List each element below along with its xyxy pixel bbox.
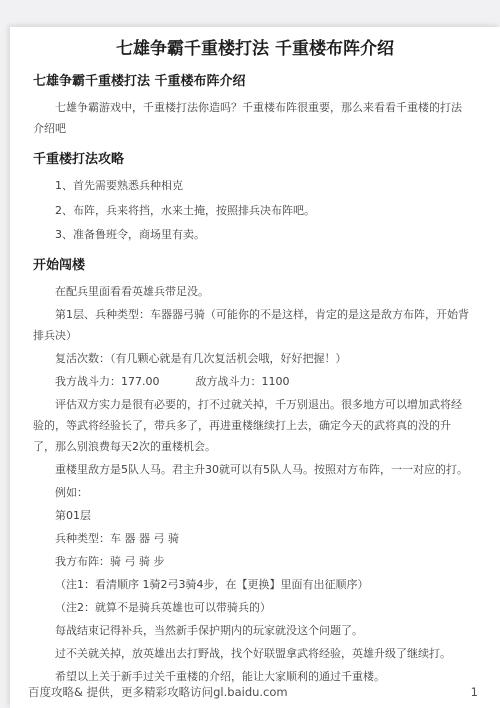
paragraph: 复活次数：（有几颗心就是有几次复活机会哦，好好把握！） <box>33 348 470 369</box>
paragraph: 评估双方实力是很有必要的，打不过就关掉，千万别退出。很多地方可以增加武将经验的，… <box>33 394 470 457</box>
numbered-tip: 2、布阵，兵来将挡，水来土掩，按照排兵决布阵吧。 <box>33 200 470 221</box>
numbered-tip: 1、首先需要熟悉兵种相克 <box>33 175 470 196</box>
numbered-tip: 3、准备鲁班令，商场里有卖。 <box>33 224 470 245</box>
paragraph: 兵种类型：车 器 器 弓 骑 <box>33 528 470 549</box>
document-content: 七雄争霸千重楼打法 千重楼布阵介绍七雄争霸游戏中，千重楼打法你造吗？千重楼布阵很… <box>10 73 500 687</box>
enemy-battle-power: 敌方战斗力：1100 <box>196 375 290 388</box>
section-heading: 开始闯楼 <box>33 257 470 275</box>
document-page: 七雄争霸千重楼打法 千重楼布阵介绍 七雄争霸千重楼打法 千重楼布阵介绍七雄争霸游… <box>10 27 500 708</box>
paragraph: （注1：看清顺序 1骑2弓3骑4步，在【更换】里面有出征顺序） <box>33 574 470 595</box>
paragraph: 七雄争霸游戏中，千重楼打法你造吗？千重楼布阵很重要，那么来看看千重楼的打法介绍吧 <box>33 97 470 139</box>
our-battle-power: 我方战斗力：177.00 <box>55 375 160 388</box>
page-number: 1 <box>471 685 478 699</box>
paragraph: 我方布阵：骑 弓 骑 步 <box>33 551 470 572</box>
document-title: 七雄争霸千重楼打法 千重楼布阵介绍 <box>10 27 500 61</box>
paragraph: 每战结束记得补兵，当然新手保护期内的玩家就没这个问题了。 <box>33 620 470 641</box>
paragraph: 在配兵里面看看英雄兵带足没。 <box>33 281 470 302</box>
page-footer: 百度攻略& 提供，更多精彩攻略访问gl.baidu.com 1 <box>28 684 478 700</box>
paragraph: 第1层、兵种类型：车器器弓骑（可能你的不是这样，肯定的是这是敌方布阵，开始背排兵… <box>33 304 470 346</box>
section-heading: 七雄争霸千重楼打法 千重楼布阵介绍 <box>33 73 470 91</box>
footer-provider-text: 百度攻略& 提供，更多精彩攻略访问gl.baidu.com <box>28 684 288 700</box>
paragraph: 重楼里敌方是5队人马。君主升30就可以有5队人马。按照对方布阵，一一对应的打。 <box>33 459 470 480</box>
section-heading: 千重楼打法攻略 <box>33 151 470 169</box>
paragraph: 第01层 <box>33 505 470 526</box>
battle-power-row: 我方战斗力：177.00敌方战斗力：1100 <box>33 371 470 392</box>
viewer-top-bar <box>0 0 500 27</box>
paragraph: （注2：就算不是骑兵英雄也可以带骑兵的） <box>33 597 470 618</box>
paragraph: 过不关就关掉，放英雄出去打野战，找个好联盟拿武将经验，英雄升级了继续打。 <box>33 643 470 664</box>
viewer-left-gutter <box>0 0 10 708</box>
paragraph: 例如： <box>33 482 470 503</box>
